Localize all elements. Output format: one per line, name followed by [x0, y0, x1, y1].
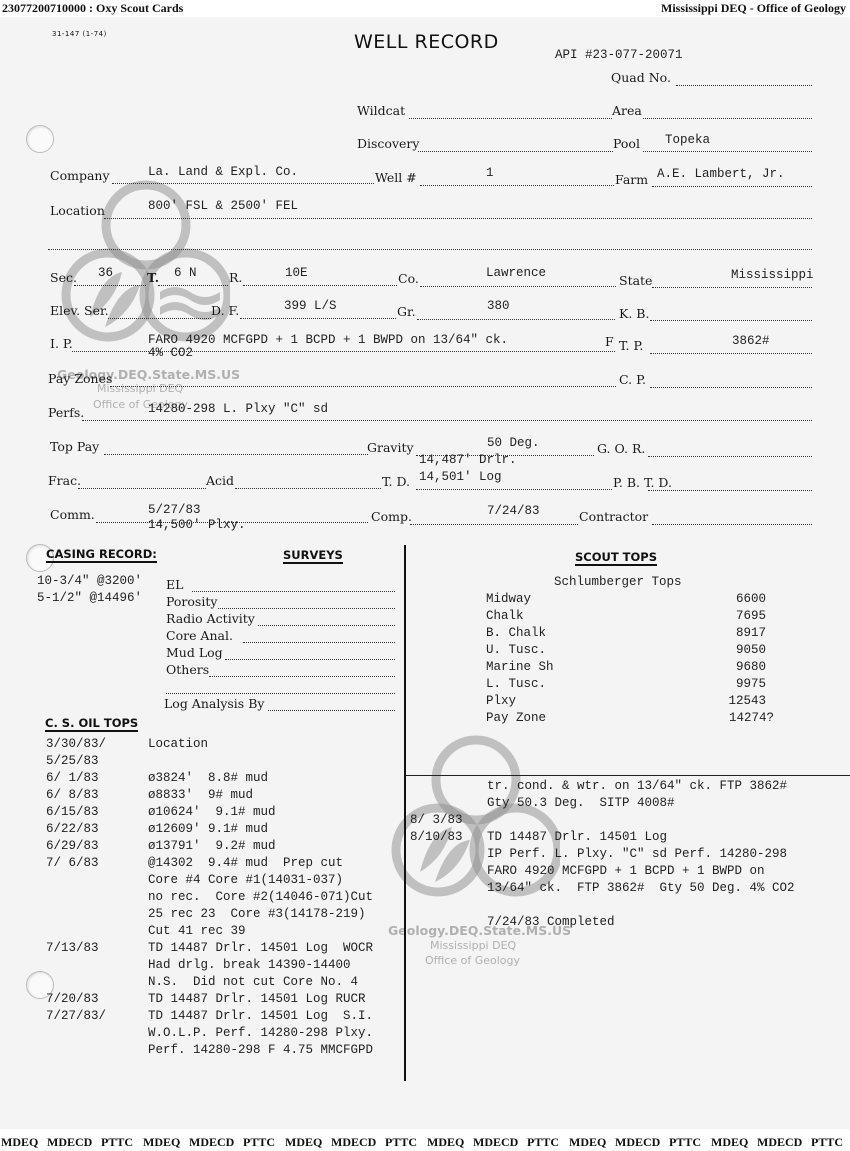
log-row: Had drlg. break 14390-14400	[46, 957, 373, 974]
pay-zones-label: Pay Zones	[48, 371, 112, 386]
footer-agency-bar: MDEQ MDECD PTTC MDEQ MDECD PTTC MDEQ MDE…	[0, 1134, 850, 1151]
log-text: IP Perf. L. Plxy. "C" sd Perf. 14280-298	[487, 847, 787, 861]
gr-field[interactable]	[417, 319, 615, 320]
footer-item: MDEQ	[427, 1134, 464, 1151]
api-number: API #23-077-20071	[555, 48, 683, 62]
contractor-label: Contractor	[579, 509, 648, 524]
location-value: 800' FSL & 2500' FEL	[148, 199, 298, 213]
survey-core-anal-field[interactable]	[243, 642, 395, 643]
cs-oil-tops-log: 3/30/83/Location 5/25/83 6/ 1/83ø3824' 8…	[46, 736, 373, 1059]
farm-value: A.E. Lambert, Jr.	[657, 167, 785, 181]
survey-blank-field[interactable]	[166, 693, 395, 694]
log-text: Gty 50.3 Deg. SITP 4008#	[487, 796, 675, 810]
gravity-label: Gravity	[367, 440, 414, 455]
log-text: TD 14487 Drlr. 14501 Log RUCR	[148, 992, 366, 1006]
elev-ser-label: Elev. Ser.	[50, 303, 109, 318]
formation-name: Midway	[486, 591, 531, 608]
log-text: ø3824' 8.8# mud	[148, 771, 268, 785]
log-analysis-by-field[interactable]	[268, 710, 395, 711]
tp-label: T. P.	[619, 338, 643, 353]
log-row: 6/ 8/83ø8833' 9# mud	[46, 787, 373, 804]
tp-value: 3862#	[732, 334, 770, 348]
footer-item: MDEQ	[285, 1134, 322, 1151]
log-row: tr. cond. & wtr. on 13/64" ck. FTP 3862#	[410, 778, 795, 795]
log-text: FARO 4920 MCFGPD + 1 BCPD + 1 BWPD on	[487, 864, 765, 878]
log-text: tr. cond. & wtr. on 13/64" ck. FTP 3862#	[487, 779, 787, 793]
county-field[interactable]	[420, 286, 616, 287]
section-divider-horizontal	[406, 775, 850, 776]
log-row: 7/ 6/83@14302 9.4# mud Prep cut	[46, 855, 373, 872]
cp-label: C. P.	[619, 372, 646, 387]
formation-depth: 6600	[736, 591, 766, 608]
watermark-office-text: Office of Geology	[425, 954, 520, 967]
agency-title: Mississippi DEQ - Office of Geology	[661, 0, 846, 17]
log-date: 6/ 8/83	[46, 787, 148, 804]
footer-item: MDEQ	[143, 1134, 180, 1151]
kb-field[interactable]	[650, 320, 812, 321]
pbtd-field[interactable]	[648, 490, 812, 491]
location-field-line2[interactable]	[48, 249, 812, 250]
punch-hole-icon	[26, 125, 54, 153]
log-row: 8/10/83TD 14487 Drlr. 14501 Log	[410, 829, 795, 846]
footer-item: PTTC	[811, 1134, 843, 1151]
gravity-value: 50 Deg.	[487, 436, 540, 450]
cs-oil-tops-heading: C. S. OIL TOPS	[45, 716, 138, 732]
log-row: Cut 41 rec 39	[46, 923, 373, 940]
log-row: 7/20/83TD 14487 Drlr. 14501 Log RUCR	[46, 991, 373, 1008]
log-date: 6/22/83	[46, 821, 148, 838]
formation-name: Marine Sh	[486, 659, 554, 676]
log-text: Core #4 Core #1(14031-037)	[148, 873, 343, 887]
df-field[interactable]	[240, 318, 396, 319]
range-field[interactable]	[243, 285, 397, 286]
pay-zones-field[interactable]	[110, 386, 616, 387]
log-text: ø13791' 9.2# mud	[148, 839, 276, 853]
farm-field[interactable]	[652, 186, 812, 187]
township-field[interactable]	[158, 285, 228, 286]
farm-label: Farm	[615, 172, 648, 187]
log-row: Core #4 Core #1(14031-037)	[46, 872, 373, 889]
log-text: ø10624' 9.1# mud	[148, 805, 276, 819]
log-text: ø8833' 9# mud	[148, 788, 253, 802]
comm-value: 5/27/83	[148, 503, 201, 517]
watermark-agency-text: Mississippi DEQ	[430, 939, 516, 952]
log-row: 6/ 1/83ø3824' 8.8# mud	[46, 770, 373, 787]
discovery-field[interactable]	[418, 151, 613, 152]
survey-radio-activity-label: Radio Activity	[166, 611, 255, 626]
log-date: 7/ 6/83	[46, 855, 148, 872]
section-divider-vertical	[404, 545, 406, 1081]
log-text: TD 14487 Drlr. 14501 Log WOCR	[148, 941, 373, 955]
tp-field[interactable]	[650, 353, 812, 354]
gor-field[interactable]	[648, 456, 812, 457]
log-date: 5/25/83	[46, 753, 148, 770]
log-text: @14302 9.4# mud Prep cut	[148, 856, 343, 870]
footer-item: PTTC	[669, 1134, 701, 1151]
survey-others-label: Others	[166, 662, 209, 677]
cp-field[interactable]	[650, 387, 812, 388]
table-row: Midway6600	[486, 591, 766, 608]
acid-field[interactable]	[235, 488, 381, 489]
state-value: Mississippi	[731, 268, 814, 282]
footer-item: PTTC	[385, 1134, 417, 1151]
survey-radio-activity-field[interactable]	[258, 625, 395, 626]
surveys-heading: SURVEYS	[283, 548, 343, 564]
formation-depth: 9050	[736, 642, 766, 659]
wildcat-field[interactable]	[409, 118, 612, 119]
table-row: B. Chalk8917	[486, 625, 766, 642]
formation-depth: 7695	[736, 608, 766, 625]
survey-porosity-label: Porosity	[166, 594, 217, 609]
footer-item: PTTC	[101, 1134, 133, 1151]
range-value: 10E	[285, 266, 308, 280]
log-row: 7/13/83TD 14487 Drlr. 14501 Log WOCR	[46, 940, 373, 957]
survey-porosity-field[interactable]	[218, 608, 395, 609]
log-text: Perf. 14280-298 F 4.75 MMCFGPD	[148, 1043, 373, 1057]
footer-item: MDECD	[331, 1134, 376, 1151]
formation-depth: 12543	[728, 693, 766, 710]
survey-mud-log-field[interactable]	[225, 659, 395, 660]
ip-value-line2: 4% CO2	[148, 346, 193, 360]
ip-label: I. P.	[50, 336, 73, 351]
frac-label: Frac.	[48, 473, 81, 488]
gor-label: G. O. R.	[597, 441, 645, 456]
acid-label: Acid	[206, 473, 234, 488]
td-drlr-value: 14,487' Drlr.	[419, 453, 517, 467]
footer-item: MDEQ	[1, 1134, 38, 1151]
company-label: Company	[50, 168, 110, 183]
state-label: State	[619, 273, 652, 288]
log-row: 7/24/83 Completed	[410, 914, 795, 931]
comp-value: 7/24/83	[487, 504, 540, 518]
well-no-label: Well #	[375, 170, 417, 185]
formation-name: Plxy	[486, 693, 516, 710]
scout-tops-table: Midway6600 Chalk7695 B. Chalk8917 U. Tus…	[486, 591, 766, 727]
top-pay-label: Top Pay	[50, 439, 99, 454]
casing-record-heading: CASING RECORD:	[46, 547, 157, 563]
table-row: L. Tusc.9975	[486, 676, 766, 693]
footer-item: MDECD	[189, 1134, 234, 1151]
log-text: 7/24/83 Completed	[487, 915, 615, 929]
log-text: no rec. Core #2(14046-071)Cut	[148, 890, 373, 904]
formation-depth: 9680	[736, 659, 766, 676]
perfs-label: Perfs.	[48, 405, 84, 420]
table-row: Plxy12543	[486, 693, 766, 710]
log-date: 7/13/83	[46, 940, 148, 957]
gr-value: 380	[487, 299, 510, 313]
log-row: Perf. 14280-298 F 4.75 MMCFGPD	[46, 1042, 373, 1059]
area-label: Area	[612, 103, 642, 118]
footer-item: MDECD	[47, 1134, 92, 1151]
formation-depth: 8917	[736, 625, 766, 642]
sec-field[interactable]	[74, 285, 146, 286]
document-header-bar: 23077200710000 : Oxy Scout Cards Mississ…	[0, 0, 850, 17]
pbtd-label: P. B. T. D.	[613, 475, 672, 490]
log-text: Had drlg. break 14390-14400	[148, 958, 351, 972]
log-text: W.O.L.P. Perf. 14280-298 Plxy.	[148, 1026, 373, 1040]
log-date: 6/15/83	[46, 804, 148, 821]
log-row: Gty 50.3 Deg. SITP 4008#	[410, 795, 795, 812]
wildcat-label: Wildcat	[357, 103, 405, 118]
state-field[interactable]	[652, 287, 812, 288]
perfs-value: 14280-298 L. Plxy "C" sd	[148, 402, 328, 416]
log-row: 5/25/83	[46, 753, 373, 770]
log-row: W.O.L.P. Perf. 14280-298 Plxy.	[46, 1025, 373, 1042]
ip-f-mark: F	[605, 334, 614, 349]
log-row: 13/64" ck. FTP 3862# Gty 50 Deg. 4% CO2	[410, 880, 795, 897]
log-text: Location	[148, 737, 208, 751]
formation-name: Chalk	[486, 608, 524, 625]
table-row: Pay Zone14274?	[486, 710, 766, 727]
survey-others-field[interactable]	[209, 676, 395, 677]
table-row: Chalk7695	[486, 608, 766, 625]
log-text: TD 14487 Drlr. 14501 Log S.I.	[148, 1009, 373, 1023]
log-date: 6/ 1/83	[46, 770, 148, 787]
company-value: La. Land & Expl. Co.	[148, 165, 298, 179]
survey-core-anal-label: Core Anal.	[166, 628, 233, 643]
continuation-log: tr. cond. & wtr. on 13/64" ck. FTP 3862#…	[410, 778, 795, 931]
casing-row: 10-3/4" @3200'	[37, 573, 142, 590]
scout-tops-heading: SCOUT TOPS	[575, 550, 657, 566]
location-label: Location	[50, 203, 105, 218]
log-text: 25 rec 23 Core #3(14178-219)	[148, 907, 366, 921]
td-field[interactable]	[416, 489, 612, 490]
df-label: D. F.	[211, 303, 239, 318]
log-row: IP Perf. L. Plxy. "C" sd Perf. 14280-298	[410, 846, 795, 863]
log-row: FARO 4920 MCFGPD + 1 BCPD + 1 BWPD on	[410, 863, 795, 880]
form-number: 31-147 (1-74)	[52, 30, 107, 38]
comm-label: Comm.	[50, 507, 95, 522]
kb-label: K. B.	[619, 306, 649, 321]
ip-value: FARO 4920 MCFGPD + 1 BCPD + 1 BWPD on 13…	[148, 333, 508, 347]
log-row: 6/22/83ø12609' 9.1# mud	[46, 821, 373, 838]
quad-no-field[interactable]	[676, 85, 812, 86]
discovery-label: Discovery	[357, 136, 419, 151]
document-id-title: 23077200710000 : Oxy Scout Cards	[2, 0, 183, 17]
comp-field[interactable]	[410, 524, 578, 525]
log-text: Cut 41 rec 39	[148, 924, 246, 938]
top-pay-field[interactable]	[104, 454, 368, 455]
log-row: 6/29/83ø13791' 9.2# mud	[46, 838, 373, 855]
elev-ser-field[interactable]	[108, 318, 211, 319]
log-date: 3/30/83/	[46, 736, 148, 753]
casing-row: 5-1/2" @14496'	[37, 590, 142, 607]
form-title: WELL RECORD	[354, 31, 499, 53]
range-label: R.	[229, 270, 242, 285]
footer-item: MDECD	[757, 1134, 802, 1151]
formation-depth: 9975	[736, 676, 766, 693]
log-date: 6/29/83	[46, 838, 148, 855]
formation-name: U. Tusc.	[486, 642, 546, 659]
gr-label: Gr.	[397, 304, 416, 319]
footer-item: MDECD	[473, 1134, 518, 1151]
log-row: 8/ 3/83	[410, 812, 795, 829]
formation-name: B. Chalk	[486, 625, 546, 642]
company-field[interactable]	[112, 183, 374, 184]
pool-label: Pool	[613, 136, 640, 151]
log-analysis-by-label: Log Analysis By	[164, 696, 264, 711]
formation-depth: 14274?	[729, 710, 774, 727]
td-log-value: 14,501' Log	[419, 470, 502, 484]
table-row: U. Tusc.9050	[486, 642, 766, 659]
log-text: N.S. Did not cut Core No. 4	[148, 975, 358, 989]
sec-label: Sec.	[50, 270, 77, 285]
log-row: 6/15/83ø10624' 9.1# mud	[46, 804, 373, 821]
log-row	[410, 897, 795, 914]
township-value: 6 N	[174, 266, 197, 280]
comm-value-line2: 14,500' Plxy.	[148, 518, 246, 532]
log-row: 25 rec 23 Core #3(14178-219)	[46, 906, 373, 923]
township-label: T.	[147, 270, 159, 285]
survey-el-label: EL	[166, 577, 183, 592]
frac-field[interactable]	[78, 488, 206, 489]
td-label: T. D.	[382, 474, 410, 489]
footer-item: MDEQ	[569, 1134, 606, 1151]
location-field[interactable]	[104, 218, 812, 219]
log-date: 7/27/83/	[46, 1008, 148, 1025]
perfs-field[interactable]	[82, 420, 812, 421]
sec-value: 36	[98, 266, 113, 280]
county-label: Co.	[398, 271, 419, 286]
log-row: 7/27/83/TD 14487 Drlr. 14501 Log S.I.	[46, 1008, 373, 1025]
survey-el-field[interactable]	[192, 591, 395, 592]
table-row: Marine Sh9680	[486, 659, 766, 676]
footer-item: MDEQ	[711, 1134, 748, 1151]
log-text: 13/64" ck. FTP 3862# Gty 50 Deg. 4% CO2	[487, 881, 795, 895]
comp-label: Comp.	[371, 509, 412, 524]
formation-name: Pay Zone	[486, 710, 546, 727]
log-row: 3/30/83/Location	[46, 736, 373, 753]
area-field[interactable]	[643, 118, 812, 119]
footer-item: PTTC	[243, 1134, 275, 1151]
county-value: Lawrence	[486, 266, 546, 280]
log-row: no rec. Core #2(14046-071)Cut	[46, 889, 373, 906]
pool-field[interactable]	[643, 151, 812, 152]
pool-value: Topeka	[665, 133, 710, 147]
log-text: TD 14487 Drlr. 14501 Log	[487, 830, 667, 844]
df-value: 399 L/S	[284, 299, 337, 313]
quad-no-label: Quad No.	[611, 70, 671, 85]
log-text: ø12609' 9.1# mud	[148, 822, 268, 836]
log-row: N.S. Did not cut Core No. 4	[46, 974, 373, 991]
log-date: 8/ 3/83	[410, 812, 487, 829]
log-date: 7/20/83	[46, 991, 148, 1008]
well-no-field[interactable]	[420, 185, 614, 186]
well-no-value: 1	[486, 166, 494, 180]
footer-item: PTTC	[527, 1134, 559, 1151]
log-date: 8/10/83	[410, 829, 487, 846]
contractor-field[interactable]	[652, 524, 812, 525]
survey-mud-log-label: Mud Log	[166, 645, 223, 660]
footer-item: MDECD	[615, 1134, 660, 1151]
scout-tops-subheading: Schlumberger Tops	[554, 574, 682, 591]
formation-name: L. Tusc.	[486, 676, 546, 693]
well-record-card: Geology.DEQ.State.MS.US Mississippi DEQ …	[0, 17, 850, 1129]
